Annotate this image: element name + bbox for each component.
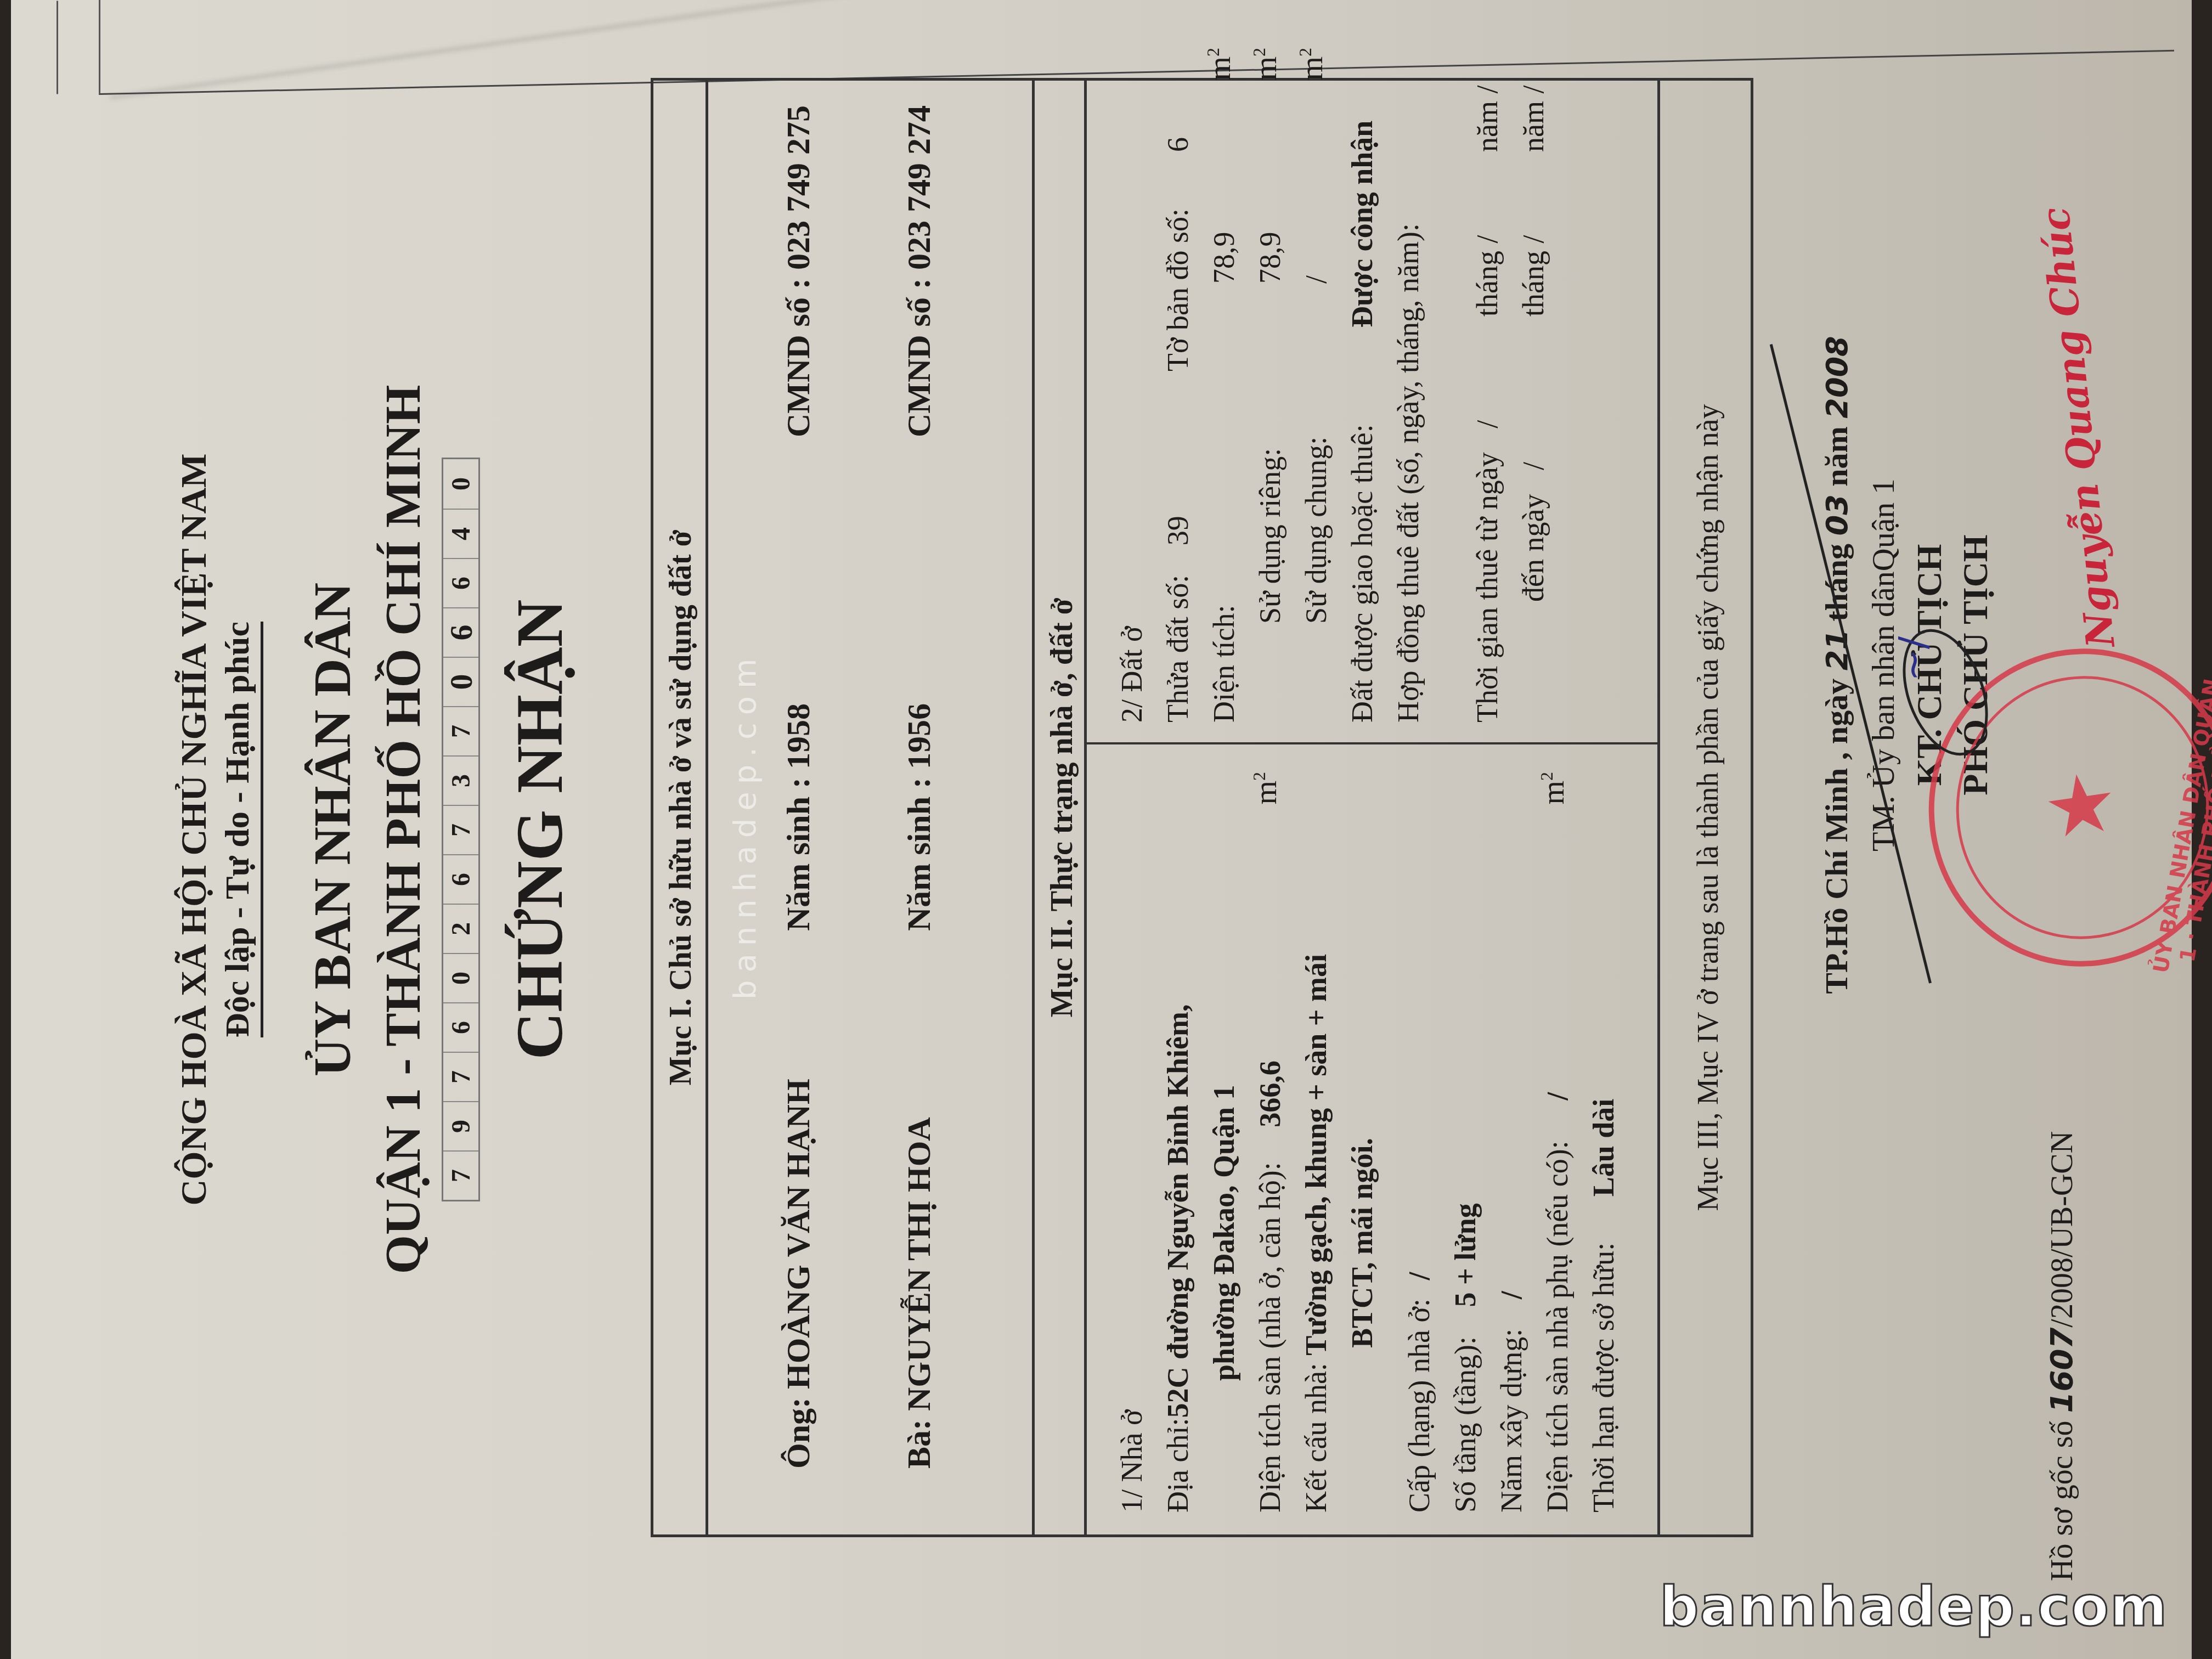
serial-digit: 6 — [443, 558, 478, 607]
lease-to-day: / — [1517, 462, 1550, 470]
birth-year: 1958 — [780, 703, 816, 769]
issue-date-line: TP.Hồ Chí Minh , ngày 21 tháng 03 năm 20… — [1814, 100, 1860, 1230]
issue-year: 2008 — [1820, 336, 1854, 418]
lease-to-year: năm / — [1510, 86, 1556, 152]
certificate-title: CHỨNG NHẬN — [502, 45, 578, 1614]
land-title: 2/ Đất ở — [1109, 48, 1155, 723]
shared-use-value: / — [1293, 275, 1339, 284]
ownership-term-label: Thời hạn được sở hữu: — [1587, 1243, 1620, 1513]
year-built-value: / — [1495, 1291, 1528, 1299]
record-number-line: Hồ sơ gốc số 1607/2008/UB-GCN — [2044, 1131, 2080, 1581]
ownership-term-value: Lâu dài — [1587, 1099, 1620, 1197]
serial-number-box: 7 9 7 6 0 2 6 7 3 7 0 6 6 4 0 — [442, 458, 480, 1201]
section-footer-note: Mục III, Mục IV ở trang sau là thành phầ… — [1657, 81, 1753, 1534]
record-number: 1607 — [2044, 1328, 2080, 1413]
serial-digit: 7 — [443, 1052, 478, 1101]
house-details: 1/ Nhà ở Địa chỉ:52C đường Nguyễn Bỉnh K… — [1109, 755, 1627, 1513]
grade-value: / — [1403, 1272, 1436, 1280]
address-line2: phường Đakao, Quận 1 — [1201, 755, 1247, 1513]
owner-prefix: Bà: — [901, 1419, 937, 1469]
record-label: Hồ sơ gốc số — [2045, 1421, 2079, 1582]
structure-value: Tường gạch, khung + sàn + mái — [1300, 954, 1333, 1356]
unit-m2: m2 — [1236, 48, 1289, 81]
serial-digit: 6 — [443, 1002, 478, 1052]
floors-label: Số tầng (tầng): — [1449, 1336, 1482, 1513]
area-value: 78,9 — [1201, 232, 1247, 284]
initial-mark: ~/ — [1891, 636, 1936, 681]
serial-digit: 3 — [443, 755, 478, 805]
map-sheet-label: Tờ bản đồ số: — [1155, 208, 1201, 371]
lease-from-year: năm / — [1464, 86, 1510, 152]
private-use-value: 78,9 — [1247, 232, 1293, 284]
id-label: CMND số : — [780, 278, 816, 437]
structure-line2: BTCT, mái ngói. — [1339, 755, 1385, 1513]
authority-name: ỦY BAN NHÂN DÂN — [302, 45, 363, 1614]
certificate-header: CỘNG HOÀ XÃ HỘI CHỦ NGHĨA VIỆT NAM Độc l… — [173, 45, 578, 1614]
issue-month: 03 — [1820, 494, 1854, 535]
floors-value: 5 + lửng — [1449, 1203, 1482, 1307]
aux-area-value: / — [1541, 1092, 1574, 1101]
plot-label: Thửa đất số: — [1161, 575, 1194, 723]
id-number: 023 749 275 — [780, 105, 816, 270]
unit-m2: m2 — [1190, 48, 1243, 81]
section1-heading: Mục I. Chủ sở hữu nhà ở và sử dụng đất ở — [653, 81, 708, 1534]
serial-digit: 9 — [443, 1101, 478, 1150]
lease-contract-label: Hợp đồng thuê đất (số, ngày, tháng, năm)… — [1385, 48, 1431, 723]
stamp-text: ỦY BAN NHÂN DÂN QUẬN 1 · THÀNH PHỐ HỒ CH… — [2148, 673, 2212, 988]
serial-digit: 2 — [443, 904, 478, 953]
id-label: CMND số : — [901, 278, 937, 437]
shared-use-label: Sử dụng chung: — [1300, 437, 1333, 624]
floor-area-label: Diện tích sàn (nhà ở, căn hộ): — [1254, 1162, 1286, 1513]
section2-heading: Mục II. Thực trạng nhà ở, đất ở — [1032, 81, 1087, 1534]
id-number: 023 749 274 — [901, 105, 937, 270]
house-title: 1/ Nhà ở — [1109, 755, 1155, 1513]
serial-digit: 4 — [443, 509, 478, 558]
owner-name: HOÀNG VĂN HẠNH — [780, 1079, 816, 1389]
record-suffix: /2008/UB-GCN — [2045, 1131, 2079, 1328]
serial-digit: 7 — [443, 706, 478, 755]
structure-label: Kết cấu nhà: — [1300, 1363, 1333, 1513]
address-label: Địa chỉ: — [1161, 1418, 1194, 1513]
floor-area-value: 366,6 — [1254, 1060, 1286, 1127]
signer-name: Nguyễn Quang Chúc — [2032, 205, 2124, 650]
unit-m2: m2 — [1236, 772, 1289, 805]
plot-value: 39 — [1161, 516, 1194, 545]
serial-digit: 7 — [443, 1150, 478, 1200]
map-sheet-value: 6 — [1155, 137, 1201, 152]
owner-row: Bà: NGUYỄN THỊ HOA Năm sinh : 1956 CMND … — [900, 103, 938, 1469]
unit-m2: m2 — [1282, 48, 1335, 81]
owner-prefix: Ông: — [780, 1397, 816, 1469]
lease-from-month: tháng / — [1464, 235, 1510, 317]
national-motto: Độc lập - Tự do - Hạnh phúc — [218, 622, 263, 1037]
birth-label: Năm sinh : — [901, 777, 937, 931]
allocation-label: Đất được giao hoặc thuê: — [1346, 424, 1379, 723]
grade-label: Cấp (hạng) nhà ở: — [1403, 1299, 1436, 1513]
serial-digit: 6 — [443, 607, 478, 657]
house-ownership-certificate: CỘNG HOÀ XÃ HỘI CHỦ NGHĨA VIỆT NAM Độc l… — [91, 45, 2121, 1614]
certificate-table: Mục I. Chủ sở hữu nhà ở và sử dụng đất ở… — [651, 78, 1753, 1537]
owner-row: Ông: HOÀNG VĂN HẠNH Năm sinh : 1958 CMND… — [780, 103, 817, 1469]
serial-digit: 0 — [443, 953, 478, 1002]
serial-digit: 6 — [443, 854, 478, 904]
lease-to-month: tháng / — [1510, 235, 1556, 317]
area-label: Diện tích: — [1207, 605, 1240, 723]
owner-name: NGUYỄN THỊ HOA — [901, 1117, 937, 1411]
lease-from-day: / — [1471, 420, 1504, 428]
serial-digit: 0 — [443, 459, 478, 509]
unit-m2: m2 — [1523, 772, 1577, 805]
aux-area-label: Diện tích sàn nhà phụ (nếu có): — [1541, 1141, 1574, 1513]
birth-label: Năm sinh : — [780, 777, 816, 931]
nation-title: CỘNG HOÀ XÃ HỘI CHỦ NGHĨA VIỆT NAM — [173, 45, 215, 1614]
allocation-value: Được công nhận — [1339, 121, 1385, 328]
year-built-label: Năm xây dựng: — [1495, 1329, 1528, 1513]
column-divider — [1087, 742, 1657, 744]
serial-digit: 7 — [443, 805, 478, 854]
district-name: QUẬN 1 - THÀNH PHỐ HỒ CHÍ MINH — [374, 45, 432, 1614]
land-details: 2/ Đất ở Thửa đất số: 39Tờ bản đồ số:6 D… — [1109, 48, 1556, 723]
lease-to-label: đến ngày — [1517, 494, 1550, 602]
lease-from-label: Thời gian thuê từ ngày — [1471, 452, 1504, 723]
serial-digit: 0 — [443, 657, 478, 706]
star-icon: ★ — [2013, 648, 2147, 966]
birth-year: 1956 — [901, 703, 937, 769]
private-use-label: Sử dụng riêng: — [1254, 448, 1286, 624]
site-watermark: bannhadep.com — [1660, 1575, 2168, 1639]
address-value: 52C đường Nguyễn Bỉnh Khiêm, — [1161, 1005, 1194, 1418]
